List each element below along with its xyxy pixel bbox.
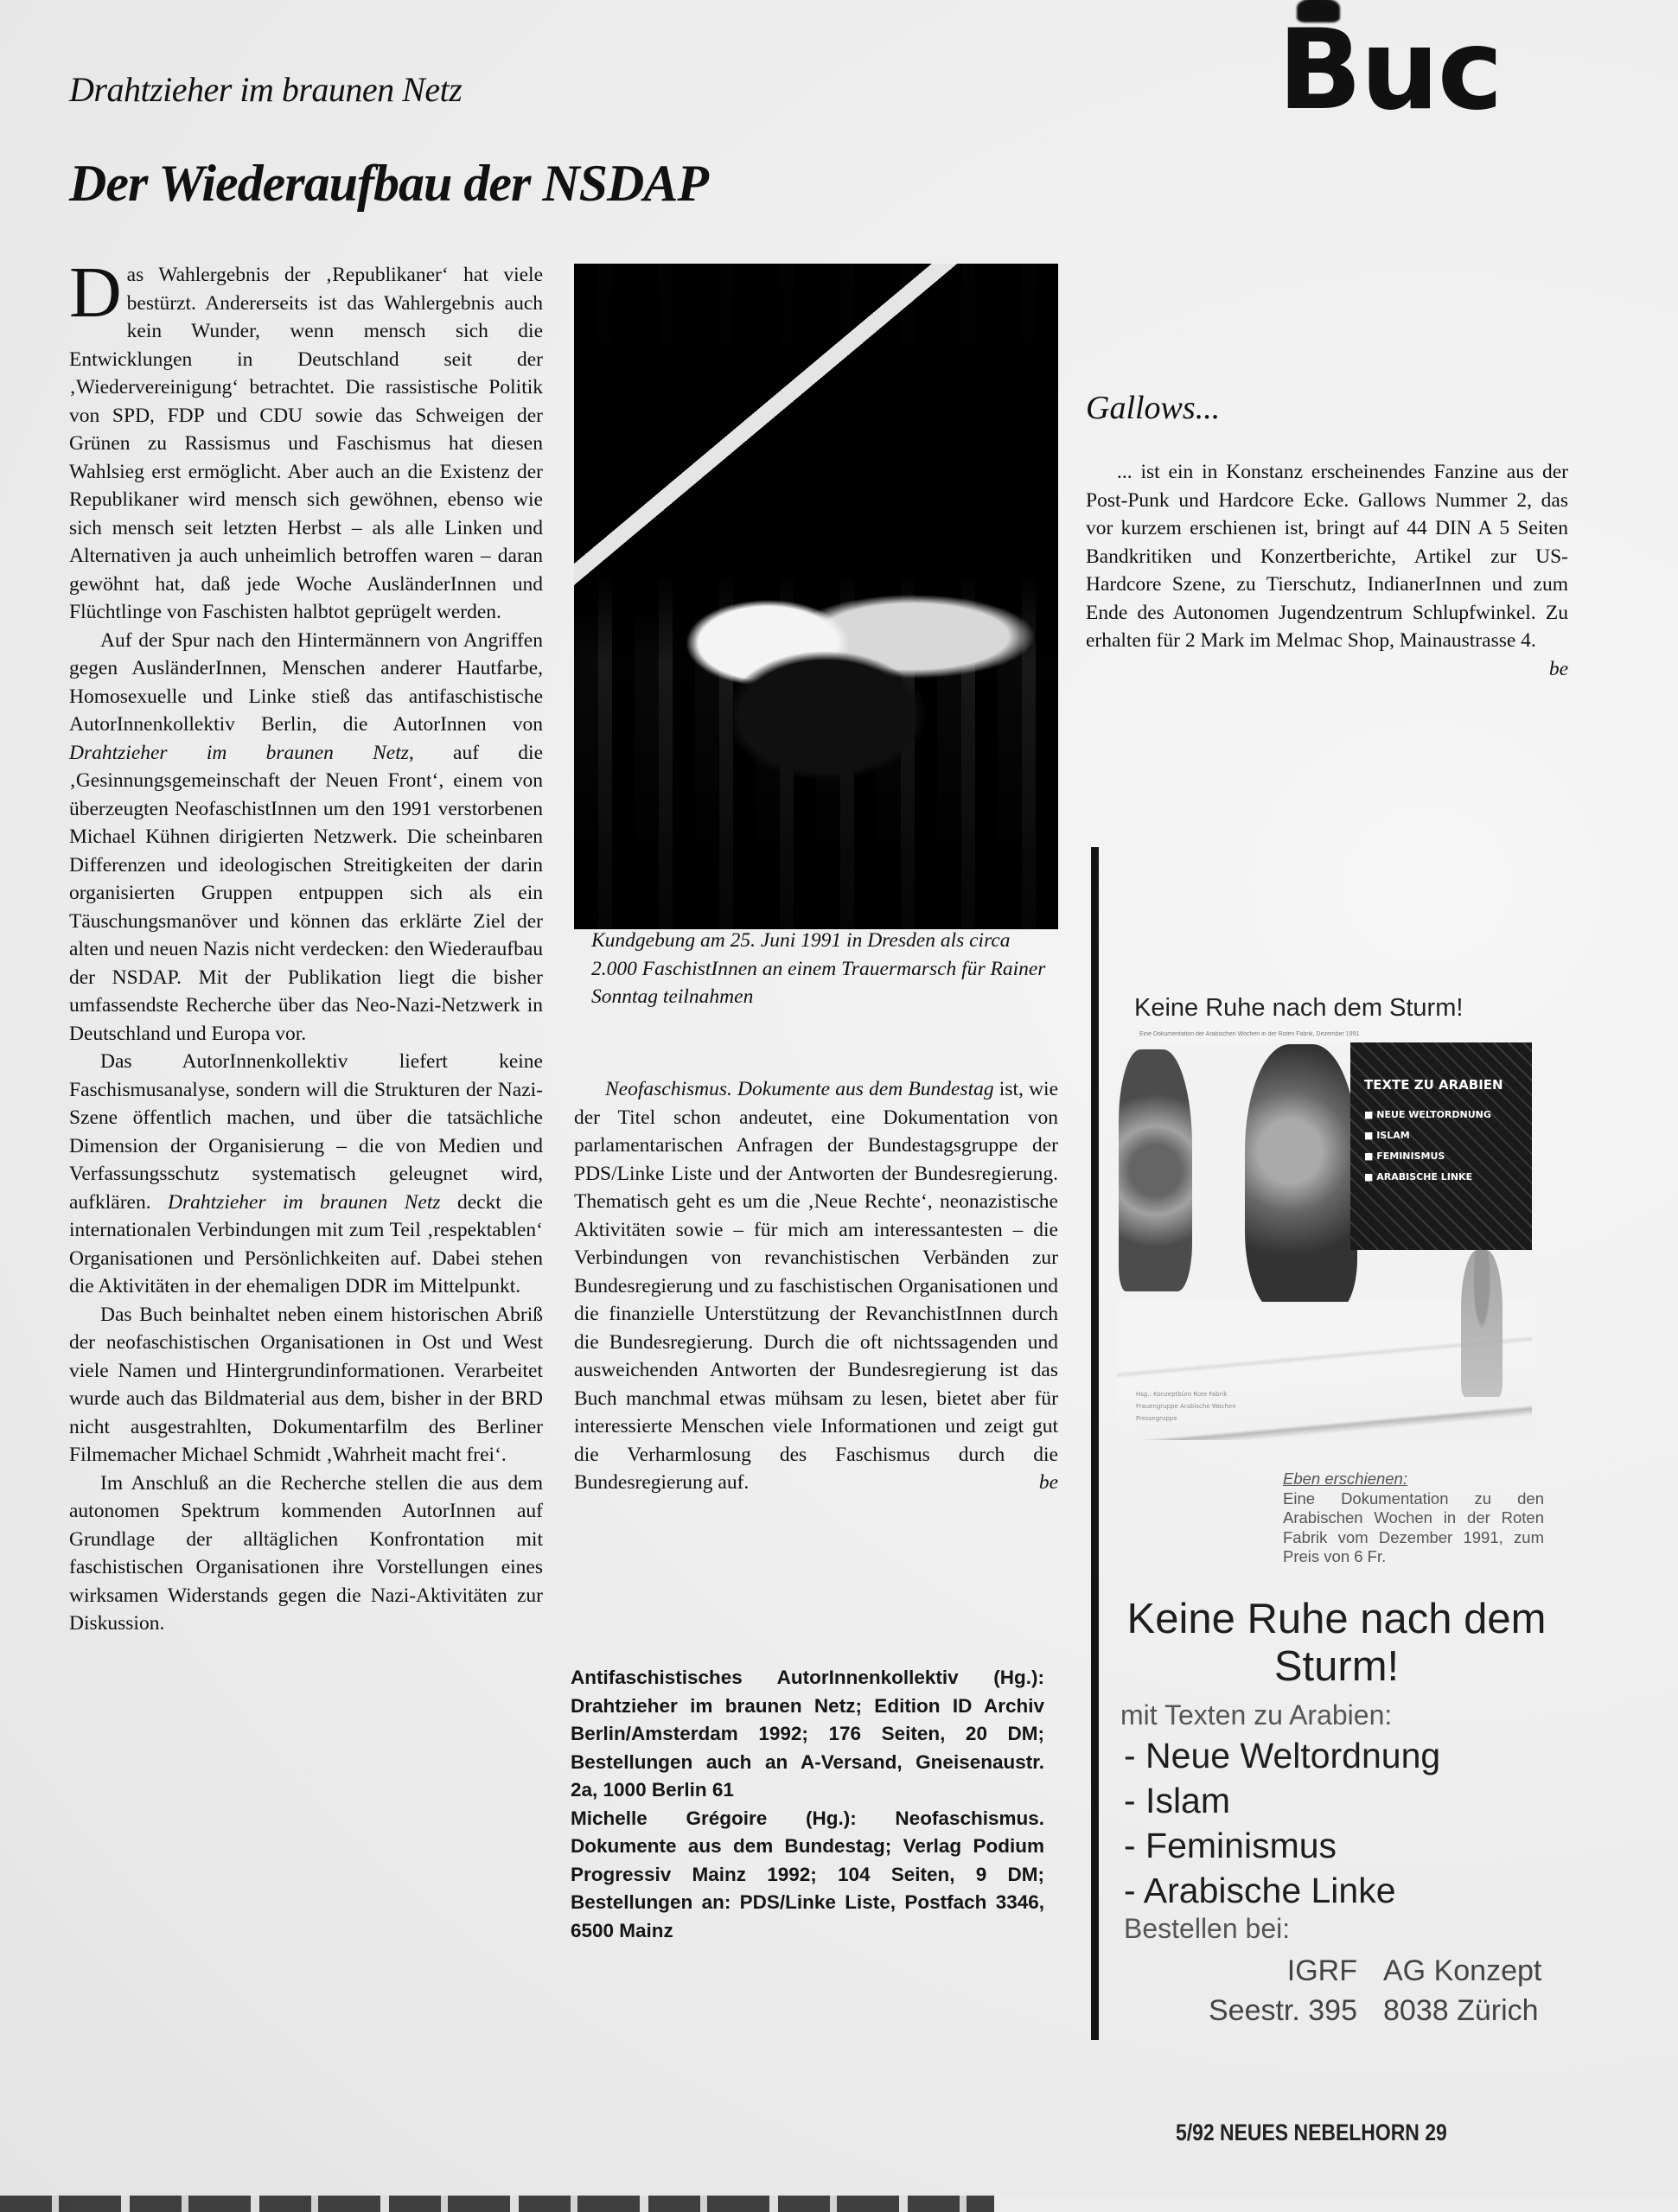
gallows-column: ... ist ein in Konstanz erscheinendes Fa… xyxy=(1086,458,1568,683)
page-footer-issue: 5/92 NEUES NEBELHORN 29 xyxy=(1176,2120,1447,2146)
book-title-italic: Drahtzieher im braunen Netz xyxy=(69,742,409,764)
advert-big-title: Keine Ruhe nach dem Sturm! xyxy=(1112,1596,1561,1691)
address-row: IGRF AG Konzept xyxy=(1150,1951,1565,1991)
address-org: IGRF xyxy=(1150,1951,1383,1991)
new-release-label: Eben erschienen: xyxy=(1283,1469,1544,1489)
paragraph-text: ... ist ein in Konstanz erscheinendes Fa… xyxy=(1086,461,1568,652)
main-article-column: Das Wahlergebnis der ‚Republikaner‘ hat … xyxy=(69,261,543,1638)
bibliography-entry: Antifaschistisches AutorInnenkollektiv (… xyxy=(571,1664,1044,1805)
shrub-graphic xyxy=(1245,1044,1357,1312)
paragraph-text: Das AutorInnenkollektiv liefert keine Fa… xyxy=(69,1050,543,1214)
advert-subtitle: mit Texten zu Arabien: xyxy=(1120,1699,1392,1731)
second-review-column: Neofaschismus. Dokumente aus dem Bundest… xyxy=(574,1075,1058,1497)
paragraph-text: Auf der Spur nach den Hintermännern von … xyxy=(69,629,543,736)
paragraph-5: Im Anschluß an die Recherche stellen die… xyxy=(69,1469,543,1638)
bibliography: Antifaschistisches AutorInnenkollektiv (… xyxy=(571,1664,1044,1945)
paragraph-text: as Wahlergebnis der ‚Republikaner‘ hat v… xyxy=(69,264,543,623)
cover-credit-line: Frauengruppe Arabische Wochen xyxy=(1136,1400,1236,1412)
shrub-graphic xyxy=(1119,1049,1192,1291)
new-release-text: Eine Dokumentation zu den Arabischen Woc… xyxy=(1283,1489,1544,1566)
advert-cover-title: Keine Ruhe nach dem Sturm! xyxy=(1134,994,1463,1023)
advert-order-label: Bestellen bei: xyxy=(1124,1913,1290,1945)
advert-address: IGRF AG Konzept Seestr. 395 8038 Zürich xyxy=(1150,1951,1565,2030)
demonstration-photo xyxy=(574,264,1058,929)
advert-topic: Neue Weltordnung xyxy=(1124,1733,1440,1778)
address-org: AG Konzept xyxy=(1383,1951,1541,1991)
address-city: 8038 Zürich xyxy=(1383,1991,1539,2030)
paragraph-1: Das Wahlergebnis der ‚Republikaner‘ hat … xyxy=(69,261,543,627)
section-logo-text: Buc xyxy=(1278,6,1502,135)
book-title-italic: Neofaschismus. Dokumente aus dem Bundest… xyxy=(605,1078,994,1100)
cover-overlay-item: ARABISCHE LINKE xyxy=(1364,1167,1503,1188)
drop-cap: D xyxy=(69,261,127,320)
person-figure-graphic xyxy=(1461,1250,1503,1397)
article-headline: Der Wiederaufbau der NSDAP xyxy=(69,154,708,214)
photo-caption: Kundgebung am 25. Juni 1991 in Dresden a… xyxy=(591,927,1058,1011)
advert-topic: Arabische Linke xyxy=(1124,1868,1440,1913)
cover-credit-line: Pressegruppe xyxy=(1136,1412,1236,1425)
paragraph-3: Das AutorInnenkollektiv liefert keine Fa… xyxy=(69,1048,543,1301)
cover-credits: Hsg.: Konzeptbüro Rote Fabrik Frauengrup… xyxy=(1136,1388,1236,1425)
cover-overlay-item: NEUE WELTORDNUNG xyxy=(1364,1105,1503,1125)
cover-overlay: TEXTE ZU ARABIEN NEUE WELTORDNUNG ISLAM … xyxy=(1364,1077,1503,1188)
author-signature: be xyxy=(1518,655,1568,684)
advert-border-bar xyxy=(1091,847,1099,2040)
advert-cover-image: TEXTE ZU ARABIEN NEUE WELTORDNUNG ISLAM … xyxy=(1117,1042,1532,1440)
author-signature: be xyxy=(1008,1469,1058,1497)
book-title-italic: Drahtzieher im braunen Netz xyxy=(168,1191,440,1214)
paragraph-text: , auf die ‚Gesinnungsgemeinschaft der Ne… xyxy=(69,742,543,1045)
address-row: Seestr. 395 8038 Zürich xyxy=(1150,1991,1565,2030)
advert-cover-fineprint: Eine Dokumentation der Arabischen Wochen… xyxy=(1139,1031,1537,1037)
review-paragraph: Neofaschismus. Dokumente aus dem Bundest… xyxy=(574,1075,1058,1497)
cover-overlay-item: ISLAM xyxy=(1364,1125,1503,1146)
paragraph-4: Das Buch beinhaltet neben einem historis… xyxy=(69,1301,543,1469)
cover-credit-line: Hsg.: Konzeptbüro Rote Fabrik xyxy=(1136,1388,1236,1400)
ink-blot-decoration xyxy=(1297,0,1340,22)
bibliography-entry: Michelle Grégoire (Hg.): Neofaschismus. … xyxy=(571,1805,1044,1946)
address-street: Seestr. 395 xyxy=(1150,1991,1383,2030)
section-logo: Buc xyxy=(1278,16,1502,126)
gallows-title: Gallows... xyxy=(1086,389,1220,427)
page-edge-mask xyxy=(994,2194,1678,2212)
gallows-paragraph: ... ist ein in Konstanz erscheinendes Fa… xyxy=(1086,458,1568,655)
paragraph-text: ist, wie der Titel schon andeutet, eine … xyxy=(574,1078,1058,1494)
cover-overlay-item: FEMINISMUS xyxy=(1364,1146,1503,1167)
paragraph-2: Auf der Spur nach den Hintermännern von … xyxy=(69,627,543,1049)
article-kicker: Drahtzieher im braunen Netz xyxy=(69,69,462,110)
advert-topic-list: Neue Weltordnung Islam Feminismus Arabis… xyxy=(1124,1733,1440,1913)
advert-topic: Feminismus xyxy=(1124,1823,1440,1868)
advert-new-release-note: Eben erschienen: Eine Dokumentation zu d… xyxy=(1283,1469,1544,1567)
cover-overlay-title: TEXTE ZU ARABIEN xyxy=(1364,1077,1503,1093)
advert-topic: Islam xyxy=(1124,1778,1440,1823)
